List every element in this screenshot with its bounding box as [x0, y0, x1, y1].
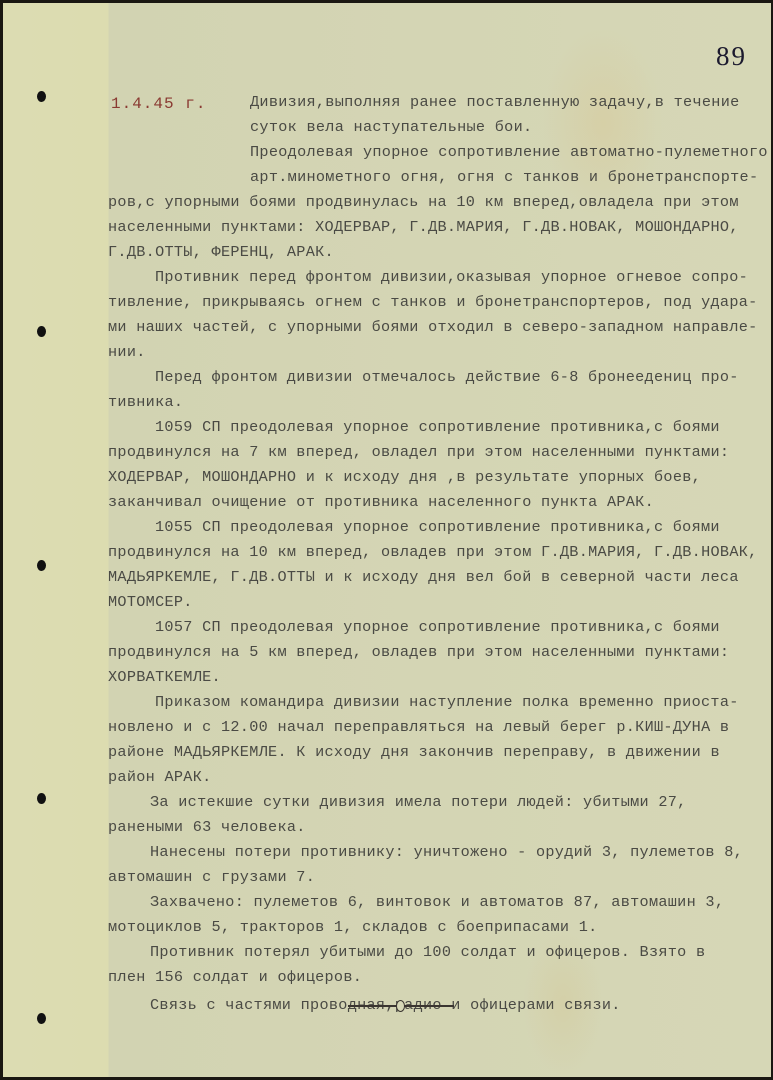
- text-line: Противник потерял убитыми до 100 солдат …: [150, 942, 705, 962]
- divider-ornament-icon: [396, 1000, 405, 1012]
- document-page: 89 1.4.45 г. Дивизия,выполняя ранее пост…: [3, 3, 771, 1077]
- text-line: ХОДЕРВАР, МОШОНДАРНО и к исходу дня ,в р…: [108, 467, 701, 487]
- text-line: заканчивал очищение от противника населе…: [108, 492, 654, 512]
- text-line: ранеными 63 человека.: [108, 817, 306, 837]
- text-line: За истекшие сутки дивизия имела потери л…: [150, 792, 687, 812]
- binder-hole-icon: [37, 326, 46, 337]
- text-line: Г.ДВ.ОТТЫ, ФЕРЕНЦ, АРАК.: [108, 242, 334, 262]
- entry-date: 1.4.45 г.: [111, 95, 206, 113]
- text-line: тивление, прикрываясь огнем с танков и б…: [108, 292, 758, 312]
- text-line: тивника.: [108, 392, 183, 412]
- text-line: 1057 СП преодолевая упорное сопротивлени…: [155, 617, 720, 637]
- text-line: ХОРВАТКЕМЛЕ.: [108, 667, 221, 687]
- text-line: нии.: [108, 342, 146, 362]
- binder-hole-icon: [37, 560, 46, 571]
- text-line: Приказом командира дивизии наступление п…: [155, 692, 739, 712]
- text-line: район АРАК.: [108, 767, 212, 787]
- text-line: Дивизия,выполняя ранее поставленную зада…: [250, 92, 740, 112]
- text-line: населенными пунктами: ХОДЕРВАР, Г.ДВ.МАР…: [108, 217, 739, 237]
- text-line: Перед фронтом дивизии отмечалось действи…: [155, 367, 739, 387]
- text-line: продвинулся на 7 км вперед, овладел при …: [108, 442, 729, 462]
- text-line: Преодолевая упорное сопротивление автома…: [250, 142, 768, 162]
- text-line: арт.минометного огня, огня с танков и бр…: [250, 167, 758, 187]
- binder-hole-icon: [37, 1013, 46, 1024]
- text-line: ми наших частей, с упорными боями отходи…: [108, 317, 758, 337]
- text-line: продвинулся на 5 км вперед, овладев при …: [108, 642, 729, 662]
- text-line: МАДЬЯРКЕМЛЕ, Г.ДВ.ОТТЫ и к исходу дня ве…: [108, 567, 739, 587]
- text-line: Захвачено: пулеметов 6, винтовок и автом…: [150, 892, 724, 912]
- text-line: МОТОМСЕР.: [108, 592, 193, 612]
- text-line: новлено и с 12.00 начал переправляться н…: [108, 717, 729, 737]
- binder-hole-icon: [37, 793, 46, 804]
- text-line: мотоциклов 5, тракторов 1, складов с бое…: [108, 917, 598, 937]
- text-line: 1055 СП преодолевая упорное сопротивлени…: [155, 517, 720, 537]
- text-line: 1059 СП преодолевая упорное сопротивлени…: [155, 417, 720, 437]
- text-line: автомашин с грузами 7.: [108, 867, 315, 887]
- text-line: ров,с упорными боями продвинулась на 10 …: [108, 192, 739, 212]
- text-line: Противник перед фронтом дивизии,оказывая…: [155, 267, 748, 287]
- text-line: районе МАДЬЯРКЕМЛЕ. К исходу дня закончи…: [108, 742, 720, 762]
- binder-hole-icon: [37, 91, 46, 102]
- text-line: Нанесены потери противнику: уничтожено -…: [150, 842, 743, 862]
- text-line: продвинулся на 10 км вперед, овладев при…: [108, 542, 758, 562]
- page-number: 89: [716, 41, 747, 72]
- text-line: суток вела наступательные бои.: [250, 117, 532, 137]
- text-line: плен 156 солдат и офицеров.: [108, 967, 362, 987]
